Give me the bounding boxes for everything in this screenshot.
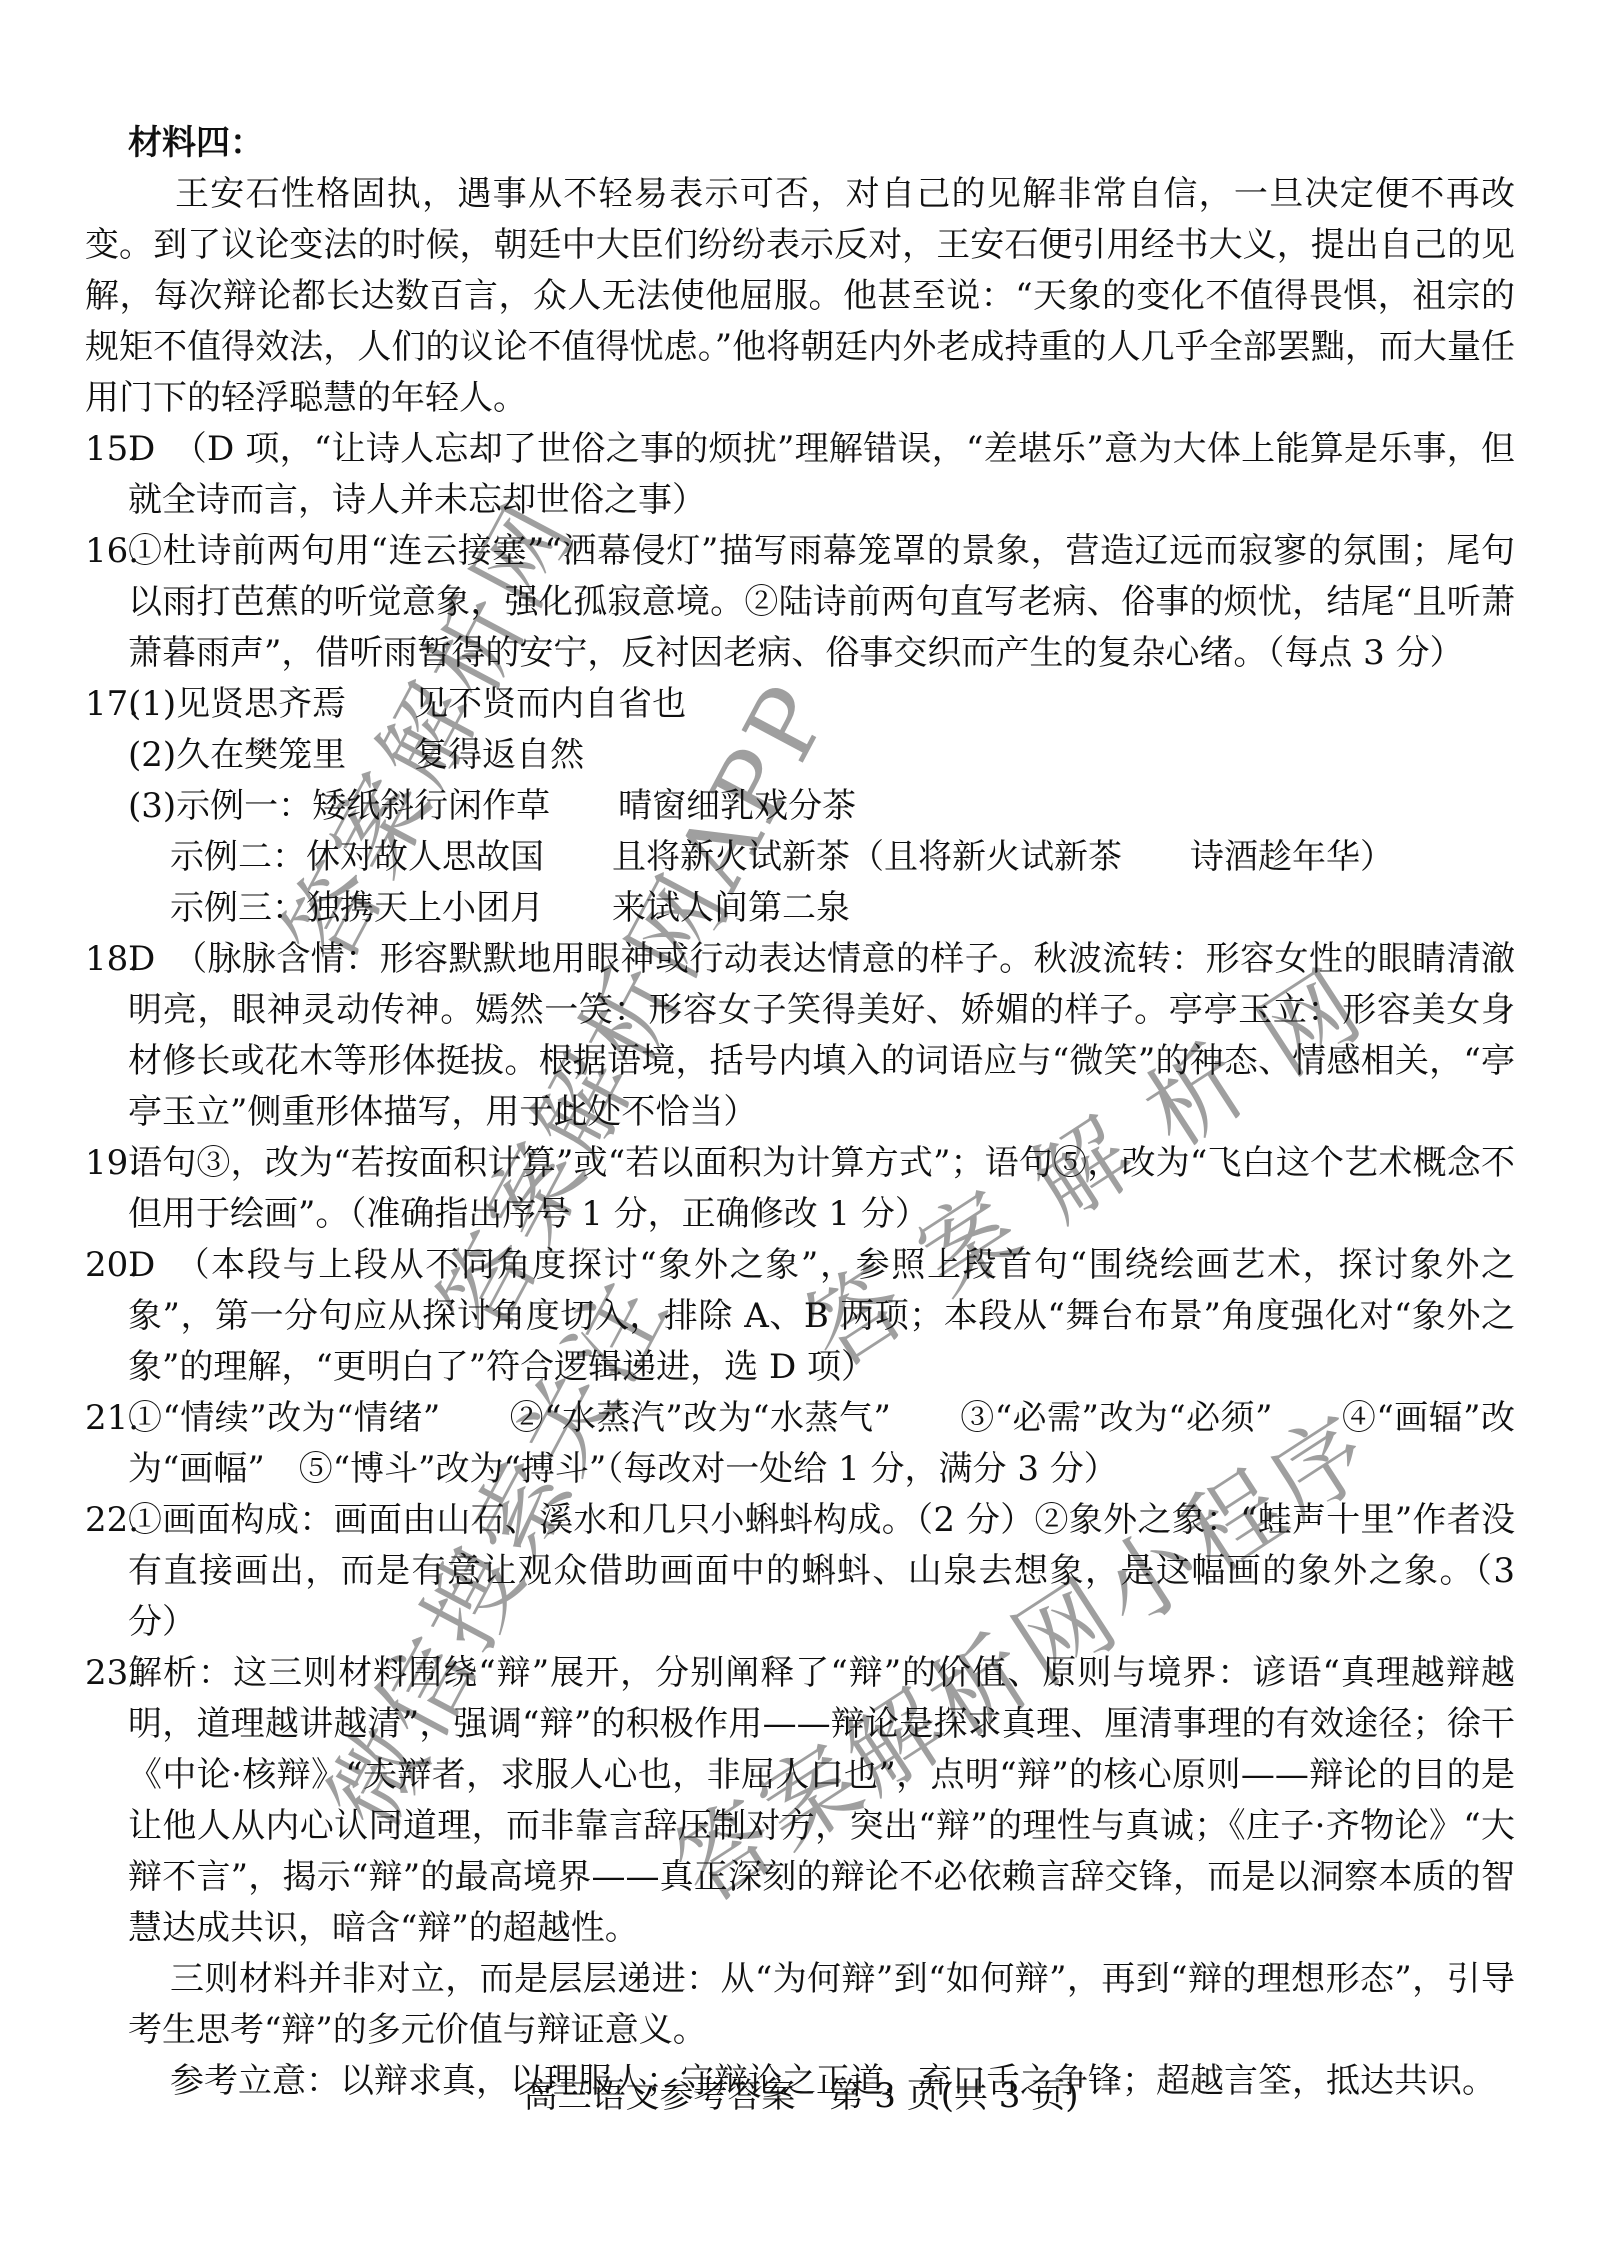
answer-number: 18. (85, 934, 139, 985)
answer-body: ①杜诗前两句用“连云接塞”“洒幕侵灯”描写雨幕笼罩的景象，营造辽远而寂寥的氛围；… (128, 526, 1515, 679)
answer-number: 22. (85, 1495, 139, 1546)
answer-number: 19. (85, 1138, 139, 1189)
answer-item-18: 18. D （脉脉含情：形容默默地用眼神或行动表达情意的样子。秋波流转：形容女性… (85, 934, 1515, 1138)
answer-item-16: 16. ①杜诗前两句用“连云接塞”“洒幕侵灯”描写雨幕笼罩的景象，营造辽远而寂寥… (85, 526, 1515, 679)
answer-item-20: 20. D （本段与上段从不同角度探讨“象外之象”，参照上段首句“围绕绘画艺术，… (85, 1240, 1515, 1393)
answer-body: D （本段与上段从不同角度探讨“象外之象”，参照上段首句“围绕绘画艺术，探讨象外… (128, 1240, 1515, 1393)
answer-number: 20. (85, 1240, 139, 1291)
answer-17-line-1: (1)见贤思齐焉 见不贤而内自省也 (128, 679, 1515, 730)
answer-23-analysis: 解析：这三则材料围绕“辩”展开，分别阐释了“辩”的价值、原则与境界：谚语“真理越… (128, 1648, 1515, 1954)
material-four-paragraph: 王安石性格固执，遇事从不轻易表示可否，对自己的见解非常自信，一旦决定便不再改变。… (85, 169, 1515, 424)
answer-23-progression: 三则材料并非对立，而是层层递进：从“为何辩”到“如何辩”，再到“辩的理想形态”，… (128, 1954, 1515, 2056)
answer-key-content: 材料四： 王安石性格固执，遇事从不轻易表示可否，对自己的见解非常自信，一旦决定便… (85, 118, 1515, 2107)
answer-number: 16. (85, 526, 139, 577)
answer-17-line-4: 示例二：休对故人思故国 且将新火试新茶（且将新火试新茶 诗酒趁年华） (170, 832, 1515, 883)
material-four-heading: 材料四： (128, 118, 1515, 169)
answer-number: 23. (85, 1648, 139, 1699)
answer-number: 15. (85, 424, 139, 475)
answer-item-21: 21. ①“情续”改为“情绪” ②“水蒸汽”改为“水蒸气” ③“必需”改为“必须… (85, 1393, 1515, 1495)
answer-number: 21. (85, 1393, 139, 1444)
answer-17-line-3: (3)示例一：矮纸斜行闲作草 晴窗细乳戏分茶 (128, 781, 1515, 832)
answer-body: ①“情续”改为“情绪” ②“水蒸汽”改为“水蒸气” ③“必需”改为“必须” ④“… (128, 1393, 1515, 1495)
answer-item-23: 23. 解析：这三则材料围绕“辩”展开，分别阐释了“辩”的价值、原则与境界：谚语… (85, 1648, 1515, 2107)
answer-item-17: 17. (1)见贤思齐焉 见不贤而内自省也 (2)久在樊笼里 复得返自然 (3)… (85, 679, 1515, 934)
answer-body: 语句③，改为“若按面积计算”或“若以面积为计算方式”；语句⑤，改为“飞白这个艺术… (128, 1138, 1515, 1240)
answer-body: ①画面构成：画面由山石、溪水和几只小蝌蚪构成。（2 分）②象外之象：“蛙声十里”… (128, 1495, 1515, 1648)
answer-item-22: 22. ①画面构成：画面由山石、溪水和几只小蝌蚪构成。（2 分）②象外之象：“蛙… (85, 1495, 1515, 1648)
answer-body: D （D 项，“让诗人忘却了世俗之事的烦扰”理解错误，“差堪乐”意为大体上能算是… (128, 424, 1515, 526)
answer-body: D （脉脉含情：形容默默地用眼神或行动表达情意的样子。秋波流转：形容女性的眼睛清… (128, 934, 1515, 1138)
answer-body: (1)见贤思齐焉 见不贤而内自省也 (2)久在樊笼里 复得返自然 (3)示例一：… (128, 679, 1515, 934)
answer-item-15: 15. D （D 项，“让诗人忘却了世俗之事的烦扰”理解错误，“差堪乐”意为大体… (85, 424, 1515, 526)
answer-body: 解析：这三则材料围绕“辩”展开，分别阐释了“辩”的价值、原则与境界：谚语“真理越… (128, 1648, 1515, 2107)
answer-17-line-2: (2)久在樊笼里 复得返自然 (128, 730, 1515, 781)
document-page: 答案解析网 答案解析网APP 答案解析网 微信搜索关注 答案解析网小程序 材料四… (0, 0, 1602, 2252)
answer-number: 17. (85, 679, 139, 730)
answer-item-19: 19. 语句③，改为“若按面积计算”或“若以面积为计算方式”；语句⑤，改为“飞白… (85, 1138, 1515, 1240)
page-footer: 高三语文参考答案 第 3 页(共 3 页) (0, 2068, 1602, 2117)
answer-17-line-5: 示例三：独携天上小团月 来试人间第二泉 (170, 883, 1515, 934)
